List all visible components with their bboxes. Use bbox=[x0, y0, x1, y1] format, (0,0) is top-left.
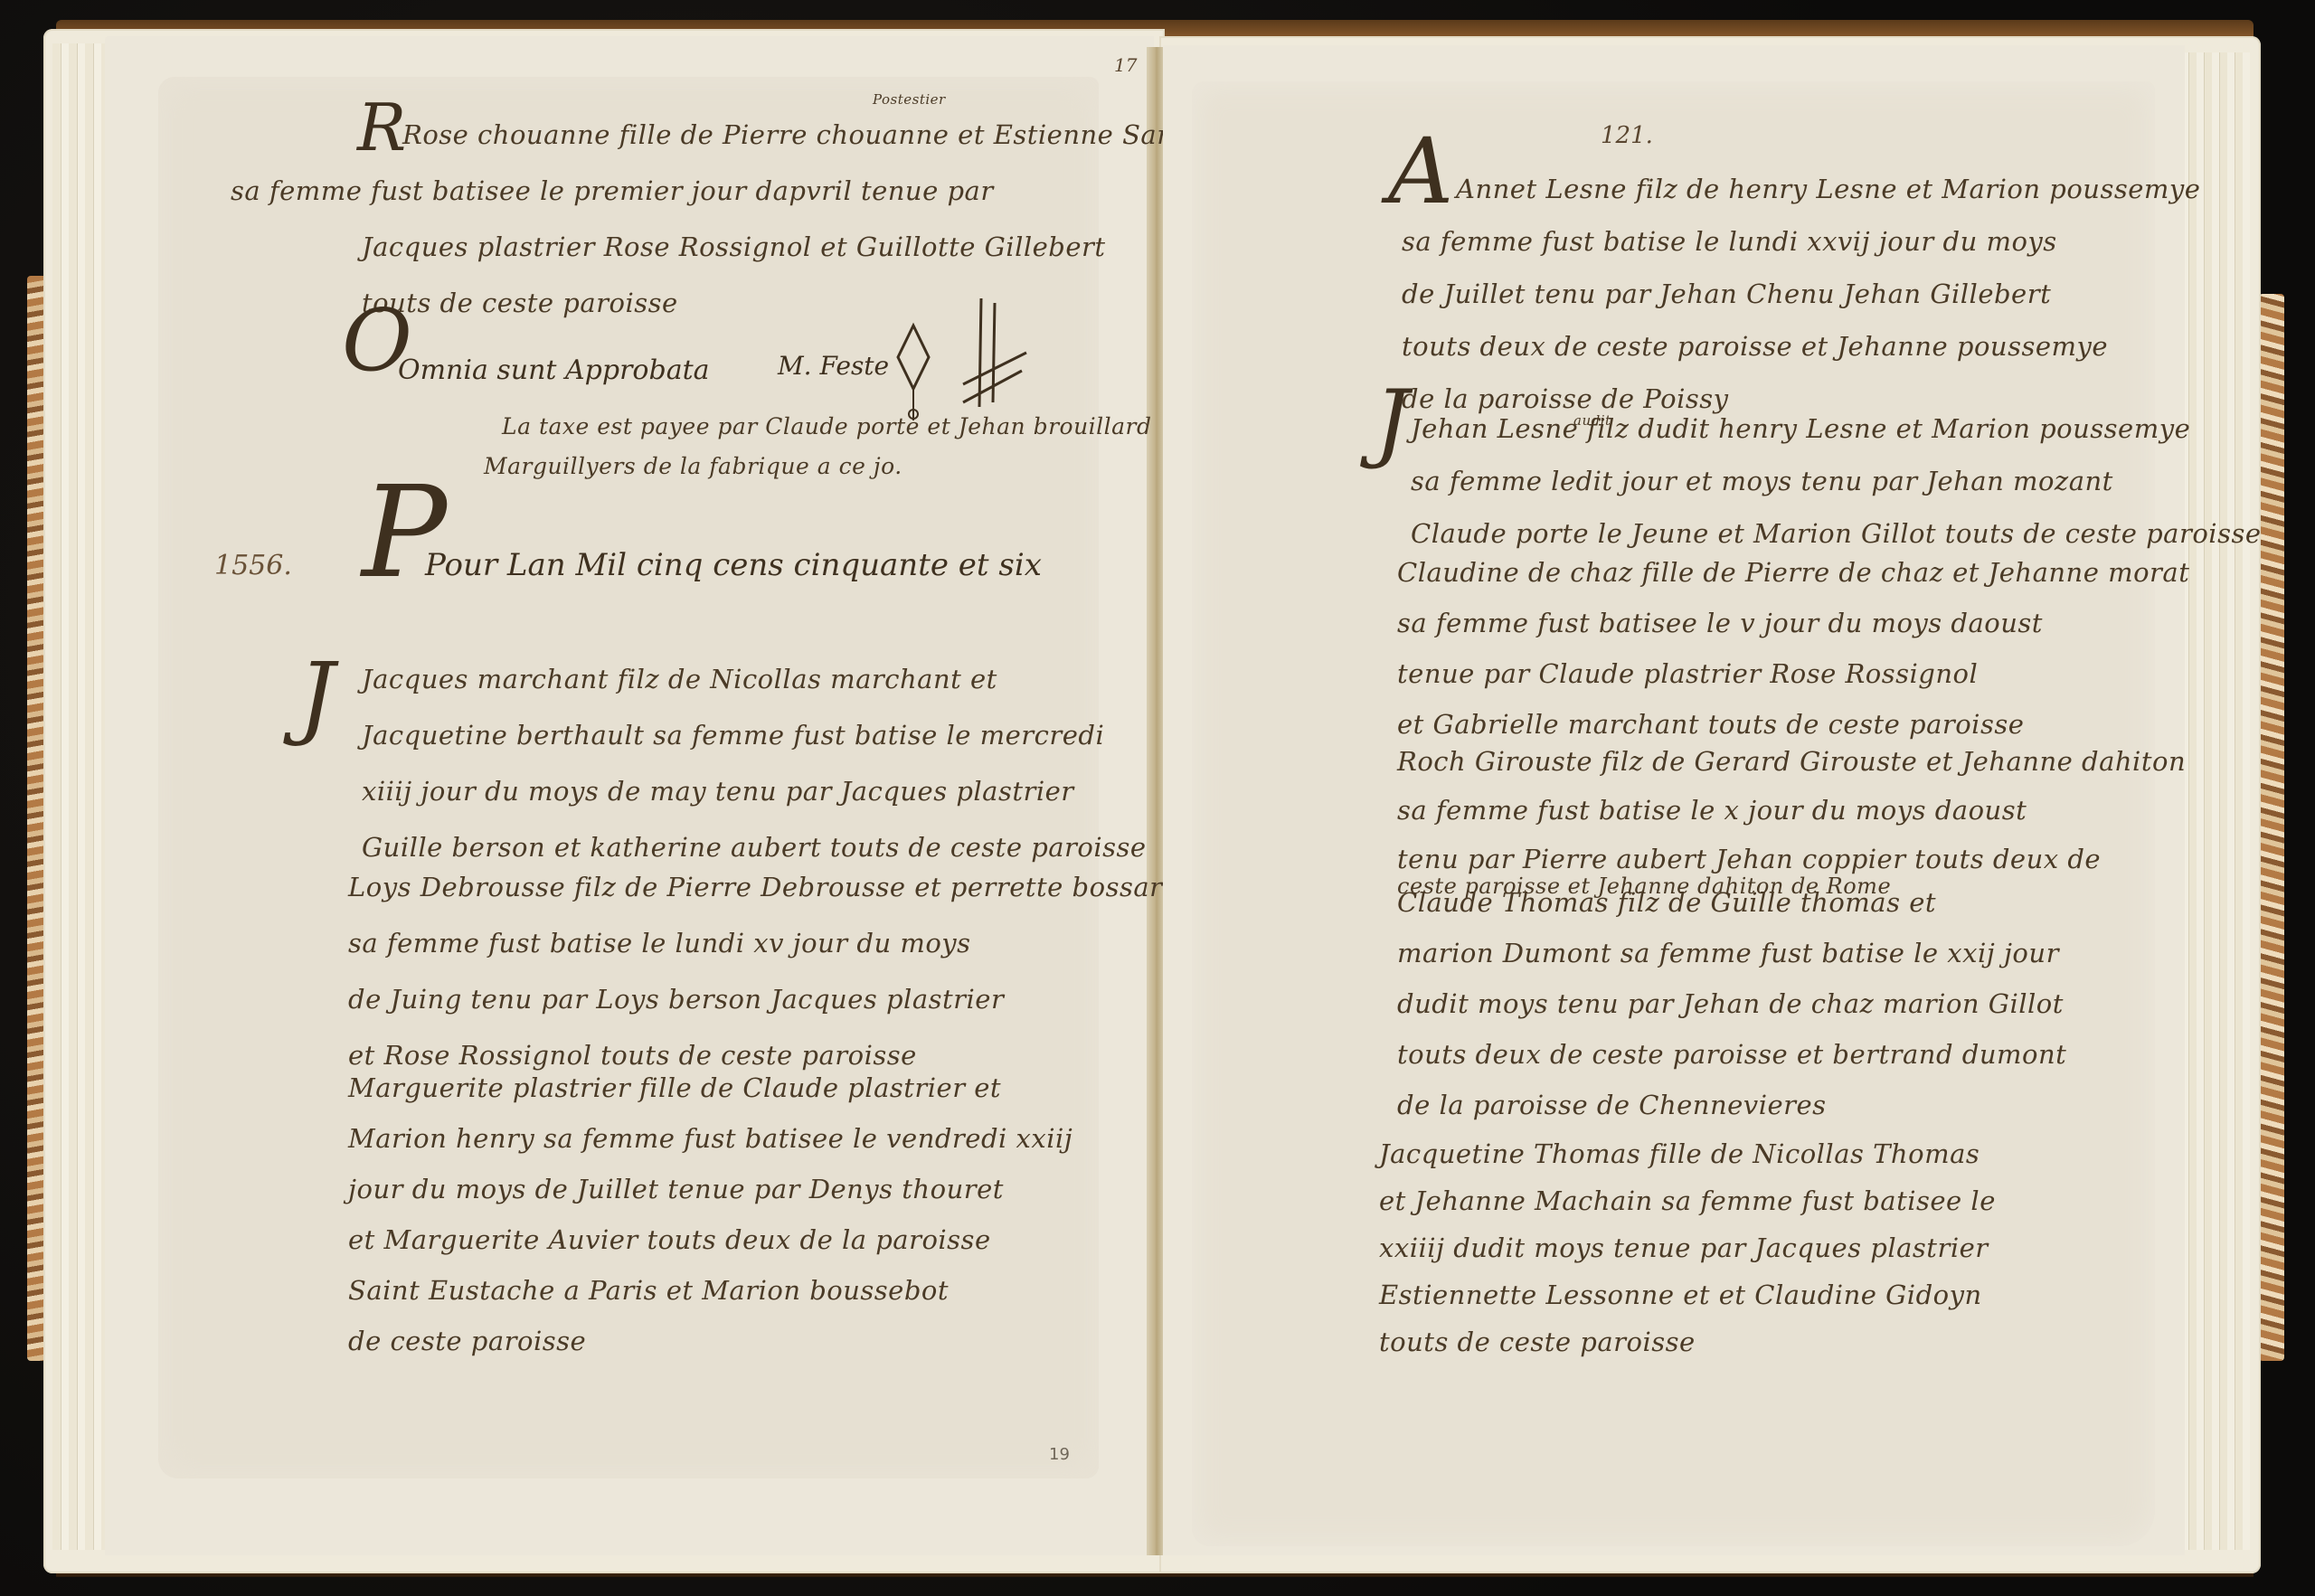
baptism-entry: Claudine de chaz fille de Pierre de chaz… bbox=[1397, 547, 2189, 750]
entry-line: Rose chouanne fille de Pierre chouanne e… bbox=[402, 107, 1284, 163]
entry-line: xxiiij dudit moys tenue par Jacques plas… bbox=[1379, 1224, 1996, 1271]
baptism-entry: Marguerite plastrier fille de Claude pla… bbox=[348, 1062, 1072, 1366]
initial-letter-j: J bbox=[1375, 380, 1409, 466]
entry-line: touts deux de ceste paroisse et Jehanne … bbox=[1402, 320, 2200, 373]
entry-line: Estiennette Lessonne et et Claudine Gido… bbox=[1379, 1271, 1996, 1318]
entry-line: Jehan Lesne filz dudit henry Lesne et Ma… bbox=[1411, 402, 2262, 455]
approval-text: Omnia sunt Approbata bbox=[398, 354, 710, 386]
baptism-entry: Annet Lesne filz de henry Lesne et Mario… bbox=[1456, 163, 2200, 425]
entry-line: sa femme fust batisee le v jour du moys … bbox=[1397, 598, 2189, 648]
initial-letter-j: J bbox=[298, 651, 335, 741]
entry-line: Marion henry sa femme fust batisee le ve… bbox=[348, 1113, 1072, 1164]
entry-line: touts de ceste paroisse bbox=[1379, 1318, 1996, 1365]
baptism-entry: Rose chouanne fille de Pierre chouanne e… bbox=[402, 107, 1284, 331]
folio-number-right: 121. bbox=[1601, 122, 1653, 149]
entry-line: xiiij jour du moys de may tenu par Jacqu… bbox=[362, 763, 1147, 819]
entry-line: Annet Lesne filz de henry Lesne et Mario… bbox=[1456, 163, 2200, 215]
baptism-entry: Roch Girouste filz de Gerard Girouste et… bbox=[1397, 737, 2186, 900]
baptism-entry: Loys Debrousse filz de Pierre Debrousse … bbox=[348, 859, 1195, 1083]
entry-line: Claudine de chaz fille de Pierre de chaz… bbox=[1397, 547, 2189, 598]
entry-line: Jacquetine berthault sa femme fust batis… bbox=[362, 707, 1147, 763]
folio-number-left: 17 bbox=[1114, 54, 1137, 76]
margin-year: 1556. bbox=[214, 550, 292, 581]
entry-line: Claude Thomas filz de Guille thomas et bbox=[1397, 877, 2066, 928]
interlinear-note: Postestier bbox=[873, 93, 946, 107]
entry-line: sa femme fust batisee le premier jour da… bbox=[231, 163, 1284, 219]
entry-line: sa femme fust batise le x jour du moys d… bbox=[1397, 786, 2186, 835]
initial-letter: R bbox=[357, 95, 406, 160]
entry-line: de ceste paroisse bbox=[348, 1316, 1072, 1366]
entry-line: Jacques plastrier Rose Rossignol et Guil… bbox=[362, 219, 1284, 275]
pencil-folio-number: 19 bbox=[1049, 1445, 1070, 1464]
entry-line: jour du moys de Juillet tenue par Denys … bbox=[348, 1164, 1072, 1214]
baptism-entry: Claude Thomas filz de Guille thomas et m… bbox=[1397, 877, 2066, 1130]
entry-line: sa femme fust batise le lundi xxvij jour… bbox=[1402, 215, 2200, 268]
entry-line: marion Dumont sa femme fust batise le xx… bbox=[1397, 928, 2066, 978]
entry-line: dudit moys tenu par Jehan de chaz marion… bbox=[1397, 978, 2066, 1029]
year-heading: Pour Lan Mil cinq cens cinquante et six bbox=[425, 547, 1042, 583]
entry-line: Jacques marchant filz de Nicollas marcha… bbox=[362, 651, 1147, 707]
initial-letter-a: A bbox=[1388, 127, 1453, 217]
notary-mark-icon bbox=[873, 298, 1035, 425]
baptism-entry: Jacquetine Thomas fille de Nicollas Thom… bbox=[1379, 1130, 1996, 1365]
baptism-entry: Jacques marchant filz de Nicollas marcha… bbox=[362, 651, 1147, 875]
entry-line: sa femme fust batise le lundi xv jour du… bbox=[348, 915, 1195, 971]
entry-line: et Jehanne Machain sa femme fust batisee… bbox=[1379, 1177, 1996, 1224]
marbled-endpaper-right bbox=[2259, 294, 2284, 1361]
entry-line: tenue par Claude plastrier Rose Rossigno… bbox=[1397, 648, 2189, 699]
entry-line: Loys Debrousse filz de Pierre Debrousse … bbox=[348, 859, 1195, 915]
note-line: Marguillyers de la fabrique a ce jo. bbox=[484, 447, 1152, 486]
entry-line: de Juing tenu par Loys berson Jacques pl… bbox=[348, 971, 1195, 1027]
entry-line: de la paroisse de Chennevieres bbox=[1397, 1080, 2066, 1130]
entry-line: et Marguerite Auvier touts deux de la pa… bbox=[348, 1214, 1072, 1265]
tax-note: La taxe est payee par Claude porte et Je… bbox=[502, 407, 1152, 486]
entry-line: Jacquetine Thomas fille de Nicollas Thom… bbox=[1379, 1130, 1996, 1177]
entry-line: touts deux de ceste paroisse et bertrand… bbox=[1397, 1029, 2066, 1080]
entry-line: sa femme ledit jour et moys tenu par Jeh… bbox=[1411, 455, 2262, 507]
note-line: La taxe est payee par Claude porte et Je… bbox=[502, 407, 1152, 447]
entry-line: de Juillet tenu par Jehan Chenu Jehan Gi… bbox=[1402, 268, 2200, 320]
entry-line: Saint Eustache a Paris et Marion bousseb… bbox=[348, 1265, 1072, 1316]
entry-line: Roch Girouste filz de Gerard Girouste et… bbox=[1397, 737, 2186, 786]
entry-line: Marguerite plastrier fille de Claude pla… bbox=[348, 1062, 1072, 1113]
baptism-entry: Jehan Lesne filz dudit henry Lesne et Ma… bbox=[1411, 402, 2262, 560]
page-edges-left bbox=[52, 43, 105, 1550]
entry-line: touts de ceste paroisse bbox=[362, 275, 1284, 331]
